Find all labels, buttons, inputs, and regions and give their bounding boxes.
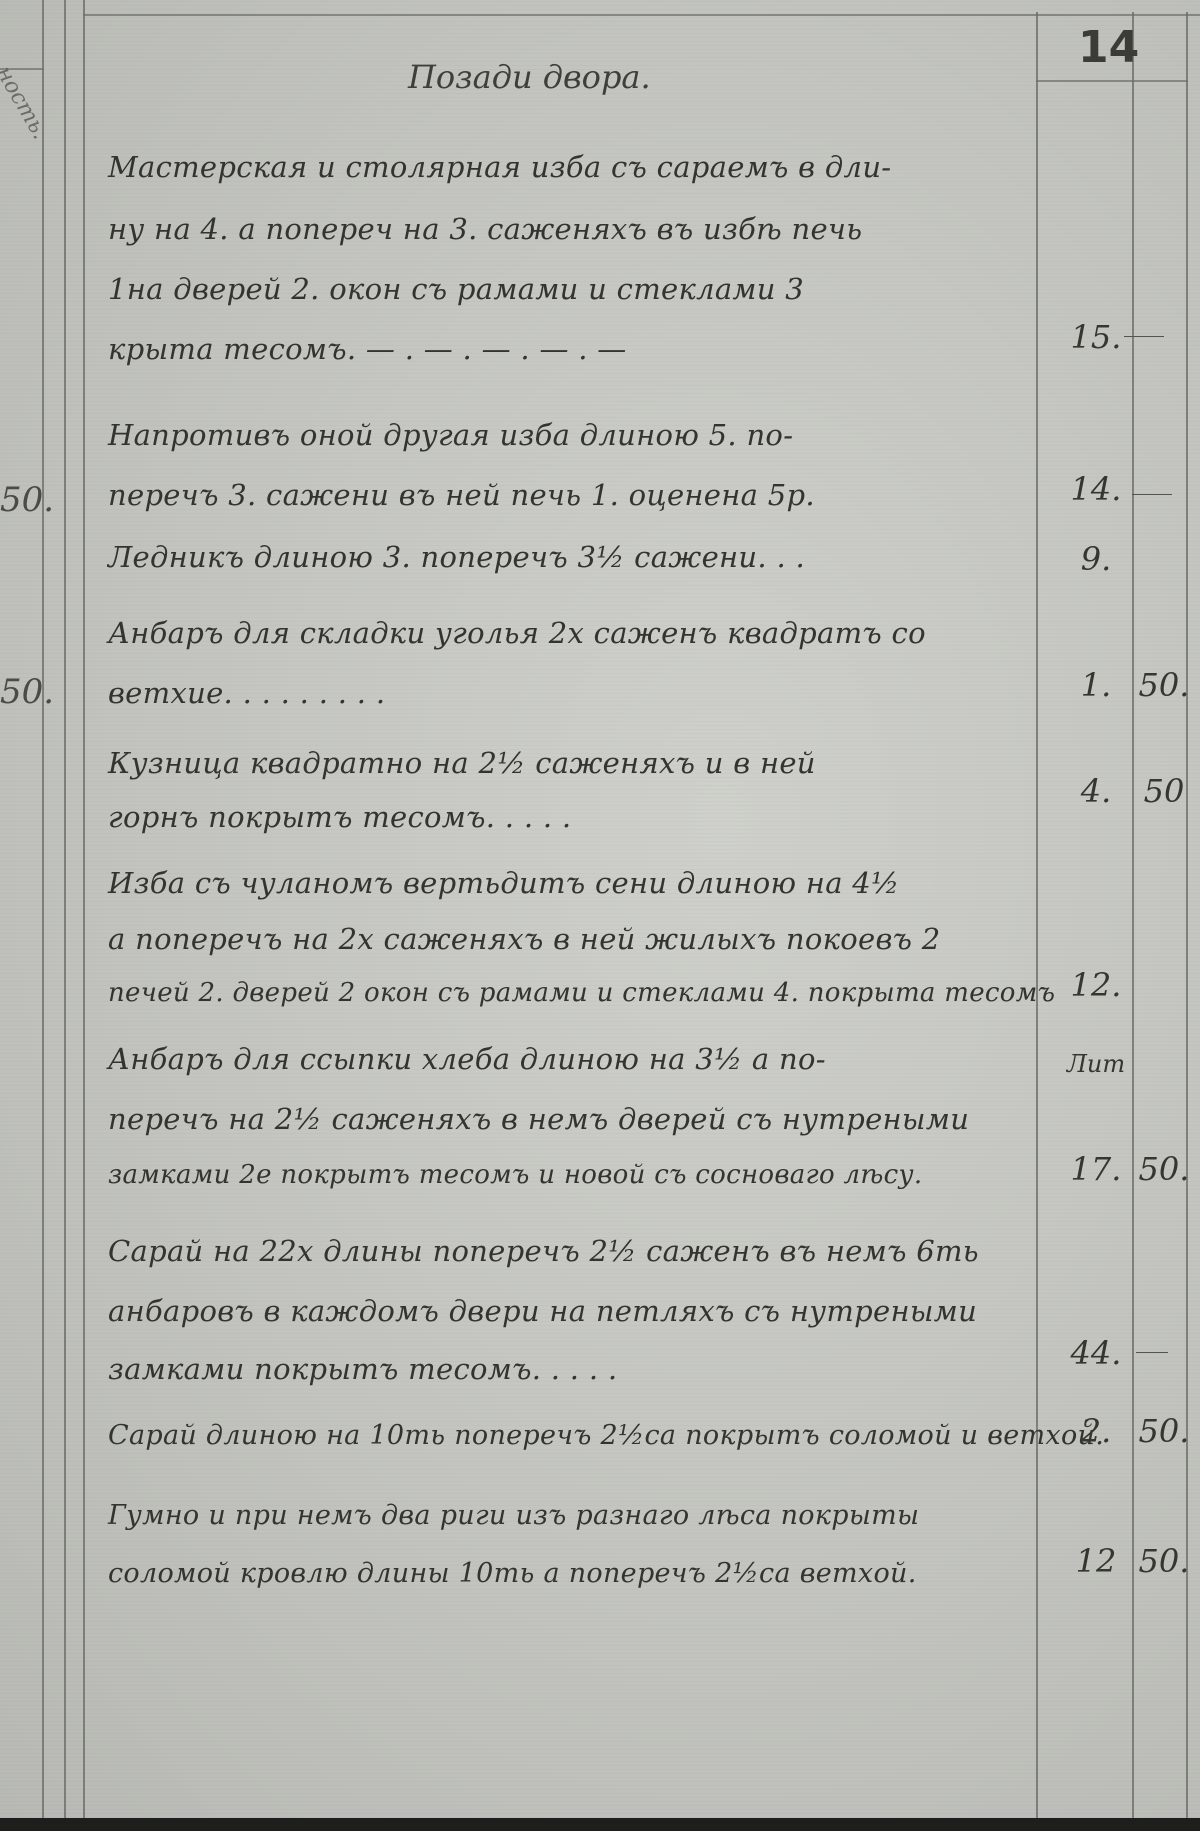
entry-9-kopecks: 50. bbox=[1132, 1412, 1196, 1450]
entry-8-line-2: анбаровъ в каждомъ двери на петляхъ съ н… bbox=[108, 1294, 1038, 1328]
entry-6-line-2: а поперечъ на 2х саженяхъ в ней жилыхъ п… bbox=[108, 922, 1038, 956]
entry-7-kopecks: 50. bbox=[1132, 1150, 1196, 1188]
entry-6-line-3: печей 2. дверей 2 окон съ рамами и стекл… bbox=[108, 978, 1038, 1008]
page-bottom-edge bbox=[0, 1818, 1200, 1831]
entry-2-rubles: 14. bbox=[1056, 470, 1136, 508]
top-rule bbox=[83, 14, 1200, 16]
entry-8-line-3: замками покрытъ тесомъ. . . . . bbox=[108, 1352, 1038, 1386]
entry-10-line-2: соломой кровлю длины 10ть а поперечъ 2½с… bbox=[108, 1558, 1038, 1589]
section-heading: Позади двора. bbox=[408, 58, 651, 96]
entry-8-kopecks-dash bbox=[1136, 1352, 1168, 1353]
binding-rule-1 bbox=[64, 0, 66, 1818]
entry-1-line-2: ну на 4. а попереч на 3. саженяхъ въ изб… bbox=[108, 212, 1038, 246]
entry-2-line-1: Напротивъ оной другая изба длиною 5. по- bbox=[108, 418, 1038, 452]
entry-6-rubles: 12. bbox=[1056, 966, 1136, 1004]
entry-7-line-1: Анбаръ для ссыпки хлеба длиною на 3½ а п… bbox=[108, 1042, 1038, 1076]
entry-9-line-1: Сарай длиною на 10ть поперечъ 2½са покры… bbox=[108, 1420, 1038, 1451]
entry-5-rubles: 4. bbox=[1056, 772, 1136, 810]
entry-6-line-1: Изба съ чуланомъ вертьдитъ сени длиною н… bbox=[108, 866, 1038, 900]
margin-fragment-50-a: 50. bbox=[0, 480, 54, 520]
entry-2-kopecks-dash bbox=[1132, 494, 1172, 495]
entry-1-kopecks-dash bbox=[1124, 336, 1164, 337]
entry-7-line-3: замками 2е покрытъ тесомъ и новой съ сос… bbox=[108, 1160, 1038, 1190]
manuscript-page: ...ность. 50. 50. 14 Позади двора. Масте… bbox=[0, 0, 1200, 1818]
entry-1-line-4: крыта тесомъ. — . — . — . — . — bbox=[108, 332, 1038, 366]
entry-3-rubles: 9. bbox=[1056, 540, 1136, 578]
margin-fragment-50-b: 50. bbox=[0, 672, 54, 712]
binding-rule-2 bbox=[83, 0, 85, 1818]
entry-3-line-1: Ледникъ длиною 3. поперечъ 3½ сажени. . … bbox=[108, 540, 1038, 574]
entry-4-line-2: ветхие. . . . . . . . . bbox=[108, 676, 1038, 710]
entry-1-line-1: Мастерская и столярная изба съ сараемъ в… bbox=[108, 150, 1038, 184]
entry-10-line-1: Гумно и при немъ два риги изъ разнаго лѣ… bbox=[108, 1500, 1038, 1531]
entry-4-kopecks: 50. bbox=[1132, 666, 1196, 704]
entry-8-line-1: Сарай на 22х длины поперечъ 2½ саженъ въ… bbox=[108, 1234, 1038, 1268]
entry-1-line-3: 1на дверей 2. окон съ рамами и стеклами … bbox=[108, 272, 1038, 306]
entry-4-line-1: Анбаръ для складки уголья 2х саженъ квад… bbox=[108, 616, 1038, 650]
left-margin-rule-outer bbox=[42, 0, 44, 1818]
entry-5-line-1: Кузница квадратно на 2½ саженяхъ и в ней bbox=[108, 746, 1038, 780]
entry-9-rubles: 2. bbox=[1056, 1412, 1136, 1450]
entry-4-rubles: 1. bbox=[1056, 666, 1136, 704]
entry-5-line-2: горнъ покрытъ тесомъ. . . . . bbox=[108, 800, 1038, 834]
entry-1-rubles: 15. bbox=[1056, 318, 1136, 356]
entry-2-line-2: перечъ 3. сажени въ ней печь 1. оценена … bbox=[108, 478, 1038, 512]
page-number: 14 bbox=[1078, 22, 1139, 73]
entry-5-kopecks: 50 bbox=[1132, 772, 1196, 810]
entry-7-line-2: перечъ на 2½ саженяхъ в немъ дверей съ н… bbox=[108, 1102, 1038, 1136]
entry-10-rubles: 12 bbox=[1056, 1542, 1136, 1580]
entry-7-rubles: 17. bbox=[1056, 1150, 1136, 1188]
entry-8-rubles: 44. bbox=[1056, 1334, 1136, 1372]
margin-fragment-top: ...ность. bbox=[0, 44, 52, 144]
entry-10-kopecks: 50. bbox=[1132, 1542, 1196, 1580]
page-number-rule bbox=[1036, 80, 1188, 82]
entry-7-note: Лит bbox=[1056, 1050, 1136, 1078]
